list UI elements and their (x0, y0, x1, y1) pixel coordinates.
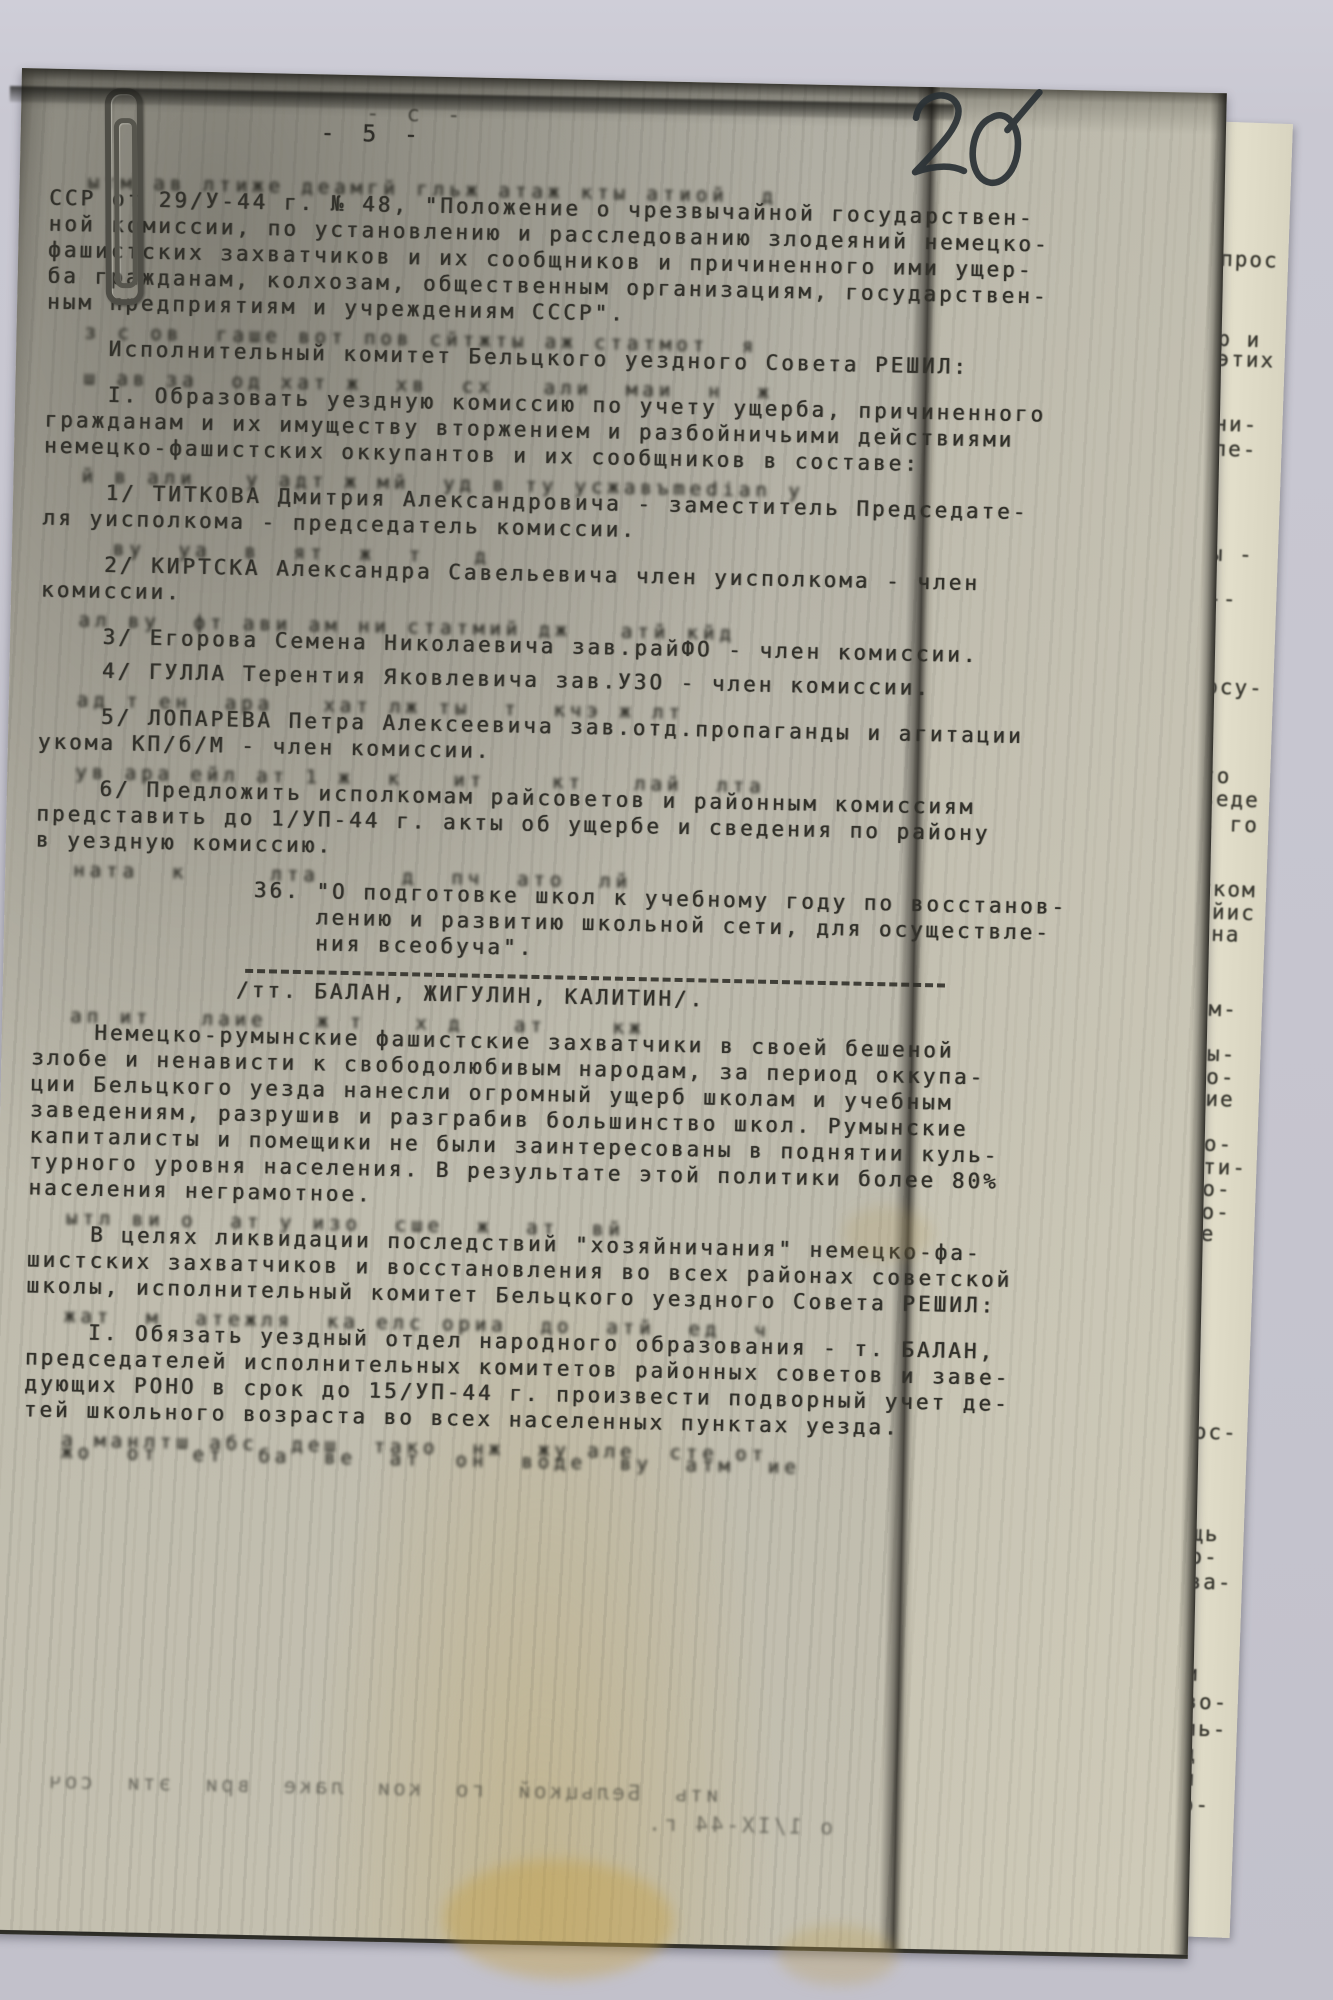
photo-backdrop: проср иэтихни-ле-ы ---осу-говедев гоуком… (0, 0, 1333, 2000)
typewritten-text-column: ытм ав лтиже деамгй гльж атаж кты атиой … (23, 69, 1212, 1471)
mirrored-bleed-line: ить Бельцкой го кои лаке ври эти соч (46, 1769, 719, 1807)
paperclip-icon (105, 88, 142, 306)
handwritten-20-icon (895, 78, 1051, 201)
paper-stain (442, 1857, 674, 1982)
cut-text-fragment: прос (1220, 247, 1279, 273)
mirrored-bleed-line: о 1/IX-44 г. (645, 1811, 833, 1839)
cut-text-fragment: этих (1216, 347, 1275, 373)
document-page: - c - - 5 - ытм ав лтиже деамгй гльж ата… (0, 68, 1227, 1959)
cut-text-fragment: ле- (1213, 437, 1258, 463)
cut-text-fragment: ни- (1214, 412, 1259, 438)
paragraph: Немецко-румынские фашистские захватчики … (28, 1018, 1192, 1224)
paperclip-inner-wire (114, 118, 138, 288)
handwritten-page-number (895, 78, 1051, 205)
